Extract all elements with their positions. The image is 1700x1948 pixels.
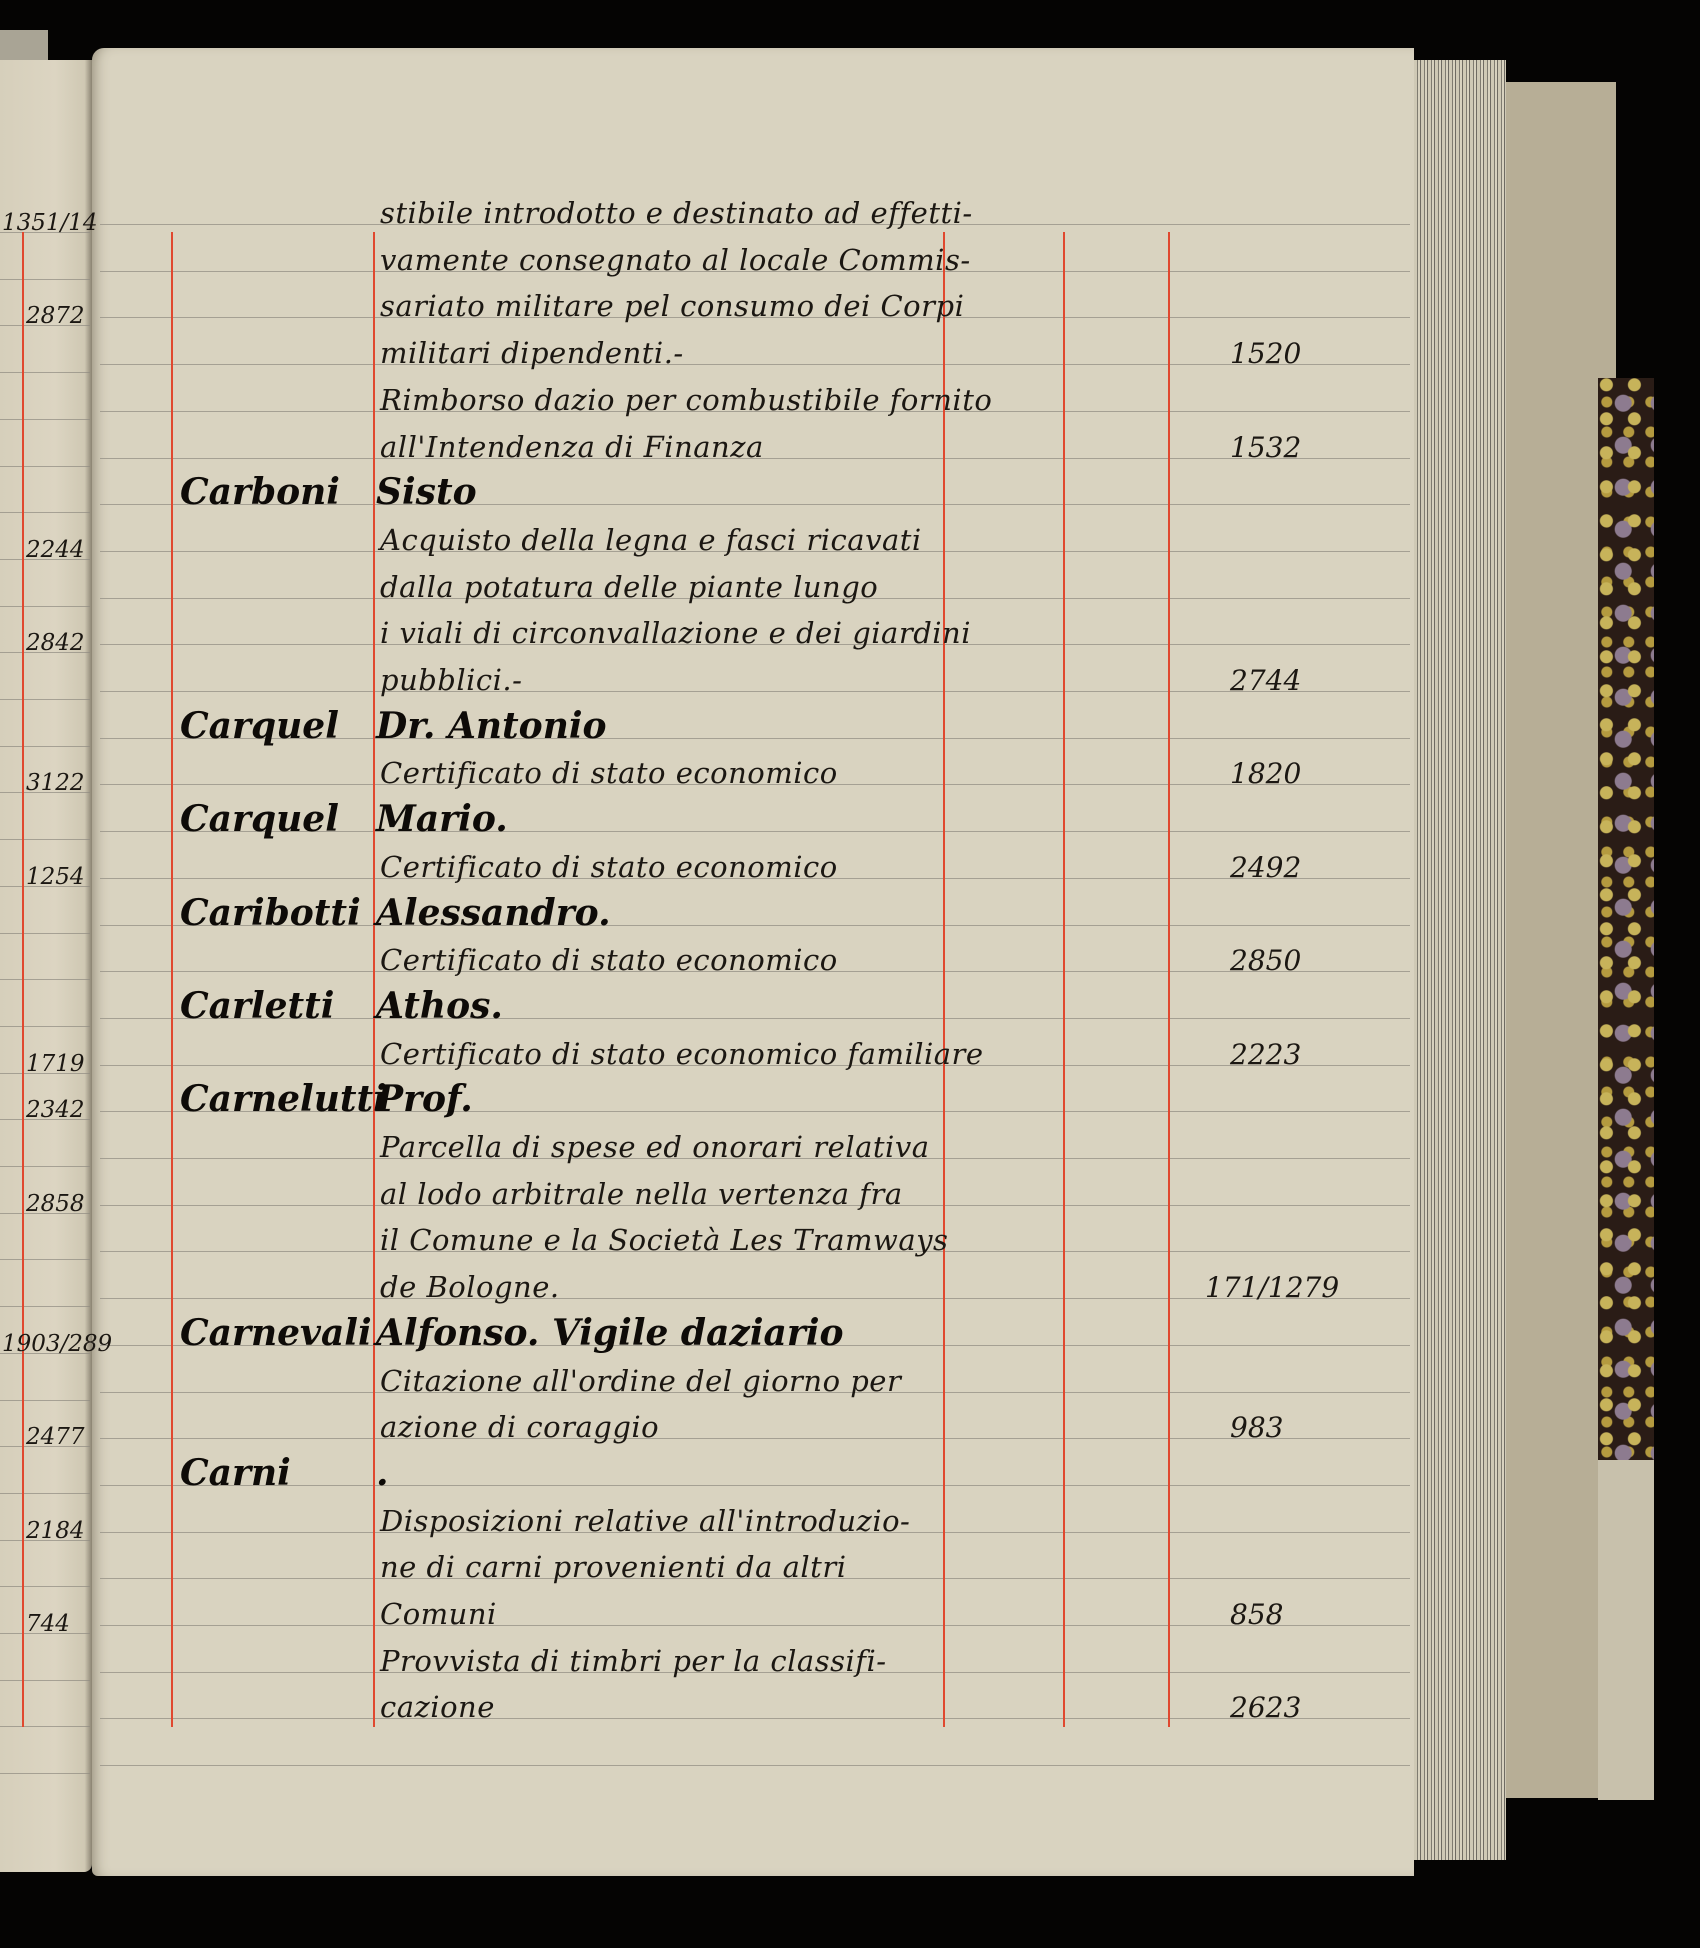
left-margin-number: 1903/289 [2,1333,112,1356]
entry-given-name: Prof. [376,1081,473,1117]
entry-description-line: vamente consegnato al locale Commis- [380,246,971,275]
entry-description-line: cazione [380,1693,495,1722]
left-ruled-line [0,1400,90,1401]
cover-bottom-edge [1598,1460,1654,1800]
entry-description-line: Certificato di stato economico [380,759,838,788]
left-ruled-line [0,606,90,607]
left-ruled-line [0,1259,90,1260]
entry-given-name: Alessandro. [376,895,611,931]
ruled-line [100,1438,1410,1439]
left-margin-number: 2872 [26,305,85,328]
entry-description-line: ne di carni provenienti da altri [380,1553,846,1582]
entry-description-line: Acquisto della legna e fasci ricavati [380,526,922,555]
left-margin-number: 2477 [26,1426,85,1449]
left-ruled-line [0,1773,90,1774]
left-ruled-line [0,466,90,467]
left-ruled-line [0,512,90,513]
entry-description-line: al lodo arbitrale nella vertenza fra [380,1180,903,1209]
entry-description-line: Parcella di spese ed onorari relativa [380,1133,930,1162]
entry-description-line: Certificato di stato economico familiare [380,1040,984,1069]
entry-description-line: Certificato di stato economico [380,946,838,975]
left-margin-number: 1254 [26,866,85,889]
left-margin-number: 2842 [26,632,85,655]
protocol-number: 1820 [1230,760,1301,788]
entry-surname: Carnelutti [180,1081,387,1117]
left-margin-number: 2342 [26,1099,85,1122]
entry-description-line: Rimborso dazio per combustibile fornito [380,386,992,415]
entry-surname: Carquel [180,801,339,837]
left-ruled-line [0,979,90,980]
protocol-number: 2850 [1230,947,1301,975]
number-column-rule [1168,232,1170,1727]
entry-description-line: dalla potatura delle piante lungo [380,573,878,602]
left-ruled-line [0,1680,90,1681]
entry-description-line: il Comune e la Società Les Tramways [380,1226,948,1255]
left-ruled-line [0,1026,90,1027]
left-margin-number: 2858 [26,1193,85,1216]
left-ruled-line [0,279,90,280]
entry-surname: Carletti [180,988,334,1024]
left-ruled-line [0,1493,90,1494]
entry-description-line: stibile introdotto e destinato ad effett… [380,199,973,228]
left-margin-number: 744 [26,1613,70,1636]
protocol-number: 1520 [1230,340,1301,368]
left-ruled-line [0,746,90,747]
entry-surname: Carboni [180,474,340,510]
entry-given-name: . [376,1455,389,1491]
entry-surname: Caribotti [180,895,361,931]
protocol-number: 2623 [1230,1694,1301,1722]
left-ruled-line [0,419,90,420]
entry-given-name: Sisto [376,474,477,510]
left-page [0,60,92,1872]
ruled-line [100,1485,1410,1486]
protocol-number: 2223 [1230,1041,1301,1069]
entry-description-line: all'Intendenza di Finanza [380,433,764,462]
entry-description-line: Provvista di timbri per la classifi- [380,1647,887,1676]
entry-description-line: sariato militare pel consumo dei Corpi [380,292,964,321]
text-column-rule [943,232,945,1727]
left-ruled-line [0,839,90,840]
entry-description-line: de Bologne. [380,1273,560,1302]
marbled-cover-edge [1598,378,1654,1460]
ruled-line [100,364,1410,365]
left-margin-number: 1719 [26,1053,85,1076]
entry-description-line: i viali di circonvallazione e dei giardi… [380,619,971,648]
left-ruled-line [0,699,90,700]
entry-description-line: Disposizioni relative all'introduzio- [380,1507,910,1536]
entry-surname: Carnevali [180,1315,372,1351]
entry-description-line: Comuni [380,1600,497,1629]
left-margin-number: 3122 [26,772,85,795]
left-ruled-line [0,933,90,934]
entry-given-name: Athos. [376,988,503,1024]
left-ruled-line [0,1726,90,1727]
ruled-line [100,1765,1410,1766]
ref-column-rule [1063,232,1065,1727]
entry-given-name: Alfonso. Vigile daziario [376,1315,844,1351]
left-ruled-line [0,1166,90,1167]
ruled-line [100,1718,1410,1719]
entry-description-line: militari dipendenti.- [380,339,684,368]
left-ruled-line [0,372,90,373]
ruled-line [100,691,1410,692]
entry-description-line: pubblici.- [380,666,522,695]
left-ruled-line [0,1306,90,1307]
left-ruled-line [0,1586,90,1587]
entry-given-name: Mario. [376,801,508,837]
margin-rule [171,232,173,1727]
ruled-line [100,1625,1410,1626]
entry-given-name: Dr. Antonio [376,708,607,744]
left-margin-number: 2184 [26,1520,85,1543]
entry-description-line: azione di coraggio [380,1413,659,1442]
protocol-number: 983 [1230,1414,1283,1442]
protocol-number: 858 [1230,1601,1283,1629]
entry-description-line: Citazione all'ordine del giorno per [380,1367,901,1396]
entry-surname: Carni [180,1455,291,1491]
protocol-number: 171/1279 [1205,1274,1339,1302]
page-stack-edge [1414,60,1506,1860]
left-margin-rule [22,232,24,1727]
protocol-number: 2492 [1230,854,1301,882]
entry-description-line: Certificato di stato economico [380,853,838,882]
entry-surname: Carquel [180,708,339,744]
left-margin-number: 2244 [26,539,85,562]
name-column-rule [373,232,375,1727]
left-margin-number: 1351/14 [2,212,98,235]
protocol-number: 1532 [1230,434,1301,462]
protocol-number: 2744 [1230,667,1301,695]
